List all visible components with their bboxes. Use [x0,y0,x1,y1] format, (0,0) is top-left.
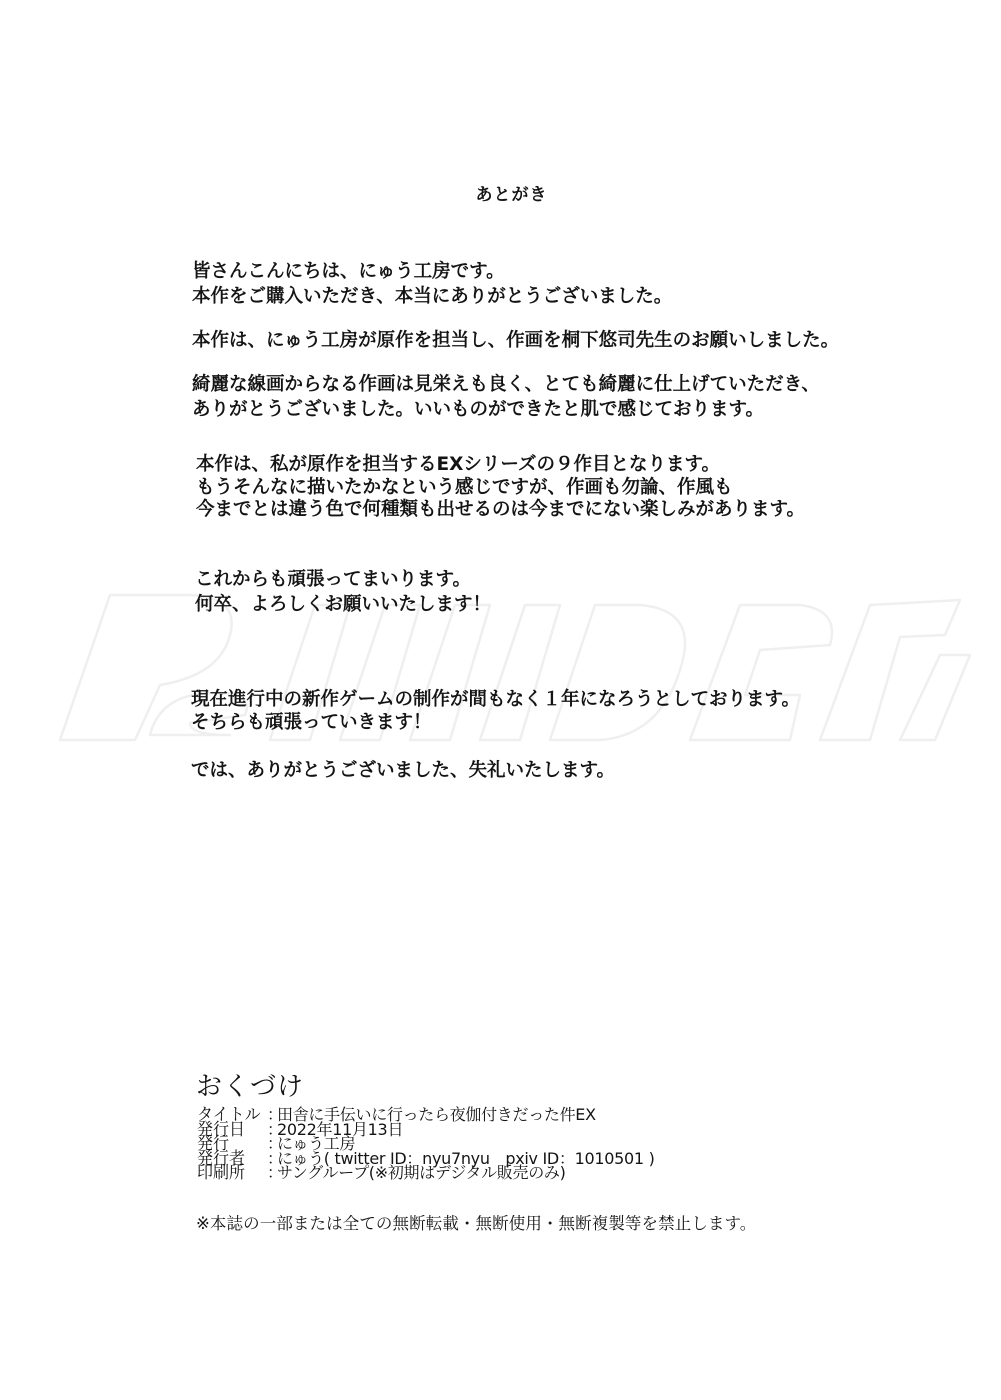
text-line: 本作をご購入いただき、本当にありがとうございました。 [192,285,672,310]
afterword-title: あとがき [0,180,1001,205]
text-line: ありがとうございました。いいものができたと肌で感じております。 [192,398,820,423]
colophon-separator: ： [267,1166,277,1181]
text-line: そちらも頑張っていきます！ [191,711,800,734]
text-line: 綺麗な線画からなる作画は見栄えも良く、とても綺麗に仕上げていただき、 [192,373,820,398]
afterword-paragraph-closing: これからも頑張ってまいります。 何卒、よろしくお願いいたします！ [195,568,491,617]
text-line: 今までとは違う色で何種類も出せるのは今までにない楽しみがあります。 [196,499,805,522]
document-page: あとがき 皆さんこんにちは、にゅう工房です。 本作をご購入いただき、本当にありが… [0,0,1001,1400]
colophon-heading: おくづけ [196,1066,304,1103]
colophon-label: 印刷所 [197,1166,267,1181]
afterword-paragraph-credits: 本作は、にゅう工房が原作を担当し、作画を桐下悠司先生のお願いしました。 [192,329,839,354]
text-line: これからも頑張ってまいります。 [195,568,491,593]
colophon-row-date: 発行日 ： 2022年11月13日 [197,1123,655,1138]
afterword-paragraph-art-praise: 綺麗な線画からなる作画は見栄えも良く、とても綺麗に仕上げていただき、 ありがとう… [192,373,820,422]
afterword-paragraph-new-game: 現在進行中の新作ゲームの制作が間もなく１年になろうとしております。 そちらも頑張… [191,688,800,734]
afterword-paragraph-farewell: では、ありがとうございました、失礼いたします。 [191,759,615,784]
text-line: 現在進行中の新作ゲームの制作が間もなく１年になろうとしております。 [191,688,800,711]
colophon-row-printer: 印刷所 ： サングループ(※初期はデジタル販売のみ) [197,1166,655,1181]
colophon-value: サングループ(※初期はデジタル販売のみ) [277,1166,566,1181]
colophon-table: タイトル ： 田舎に手伝いに行ったら夜伽付きだった件EX 発行日 ： 2022年… [197,1108,655,1181]
afterword-paragraph-greeting: 皆さんこんにちは、にゅう工房です。 本作をご購入いただき、本当にありがとうござい… [192,260,672,309]
text-line: 何卒、よろしくお願いいたします！ [195,593,491,618]
text-line: 本作は、私が原作を担当するEXシリーズの９作目となります。 [196,454,805,477]
colophon-row-title: タイトル ： 田舎に手伝いに行ったら夜伽付きだった件EX [197,1108,655,1123]
copyright-notice: ※本誌の一部または全ての無断転載・無断使用・無断複製等を禁止します。 [196,1210,756,1234]
afterword-paragraph-series: 本作は、私が原作を担当するEXシリーズの９作目となります。 もうそんなに描いたか… [196,454,805,522]
text-line: もうそんなに描いたかなという感じですが、作画も勿論、作風も [196,477,805,500]
text-line: 皆さんこんにちは、にゅう工房です。 [192,260,672,285]
text-line: では、ありがとうございました、失礼いたします。 [191,759,615,784]
text-line: 本作は、にゅう工房が原作を担当し、作画を桐下悠司先生のお願いしました。 [192,329,839,354]
